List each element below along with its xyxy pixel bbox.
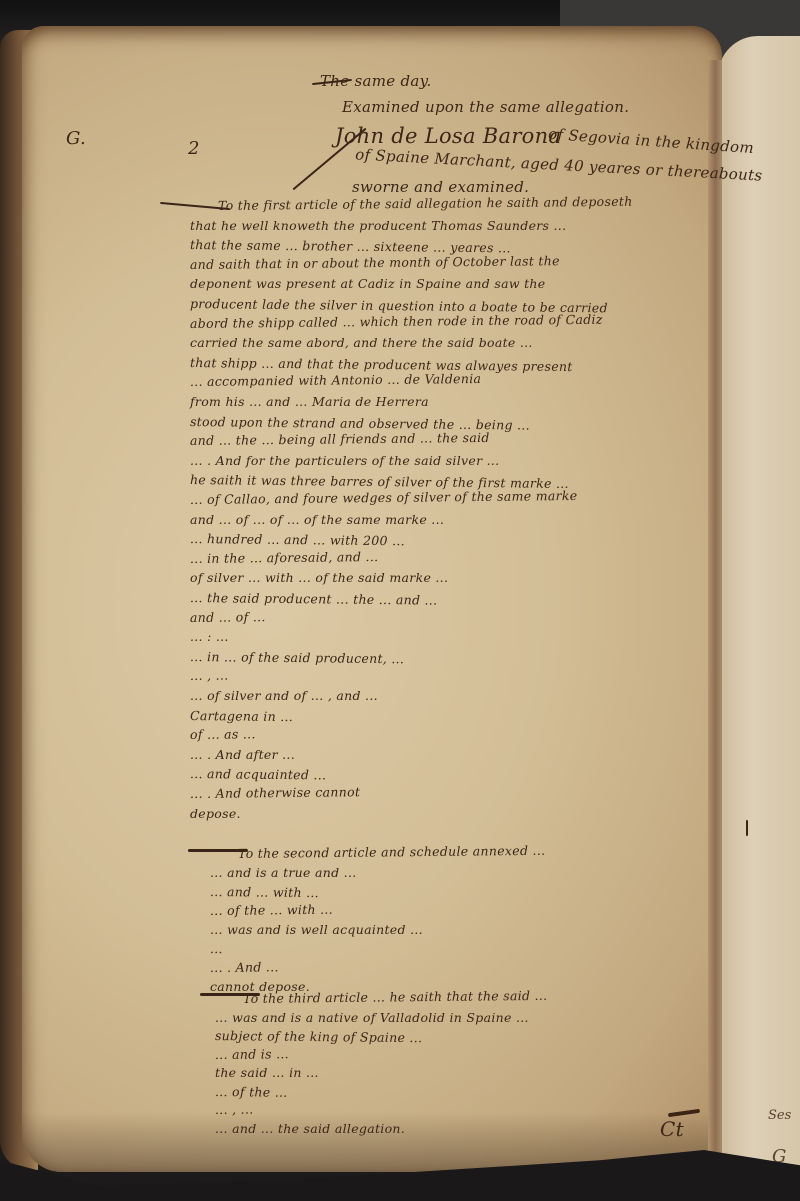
manuscript-line: ... of the ... (215, 1086, 288, 1099)
sworn-line: sworne and examined. (352, 178, 529, 196)
manuscript-line: ... the said producent ... the ... and .… (190, 592, 438, 607)
manuscript-line: ... , ... (215, 1104, 254, 1117)
manuscript-line: ... in ... of the said producent, ... (190, 651, 404, 666)
witness-number: 2 (188, 138, 200, 159)
manuscript-line: of silver ... with ... of the said marke… (190, 572, 448, 585)
margin-mark: G. (66, 128, 86, 149)
date-line: The same day. (320, 72, 432, 90)
end-mark: Ct (660, 1117, 684, 1141)
examined-line: Examined upon the same allegation. (342, 98, 629, 116)
manuscript-line: ... and ... with ... (210, 886, 319, 900)
deponent-name: John de Losa Barona (335, 124, 561, 148)
page-gutter (708, 60, 722, 1170)
manuscript-line: ... : ... (190, 631, 229, 644)
facing-page-fragment: Ses (768, 1108, 791, 1123)
manuscript-line: ... in the ... aforesaid, and ... (190, 551, 378, 565)
manuscript-line: ... of silver and of ... , and ... (190, 690, 378, 703)
manuscript-line: deponent was present at Cadiz in Spaine … (190, 278, 545, 291)
manuscript-line: ... of the ... with ... (210, 904, 333, 918)
manuscript-line: ... hundred ... and ... with 200 ... (190, 533, 405, 548)
manuscript-line: the said ... in ... (215, 1067, 319, 1080)
manuscript-line: ... . And for the particulers of the sai… (190, 455, 499, 468)
right-margin-tick (746, 820, 748, 836)
manuscript-line: ... and is a true and ... (210, 867, 357, 880)
manuscript-line: ... , ... (190, 670, 229, 683)
manuscript-line: from his ... and ... Maria de Herrera (190, 396, 429, 409)
manuscript-line: subject of the king of Spaine ... (215, 1030, 422, 1045)
manuscript-line: and ... the ... being all friends and ..… (190, 432, 490, 448)
manuscript-line: ... and is ... (215, 1048, 289, 1061)
manuscript-line: carried the same abord, and there the sa… (190, 337, 533, 350)
manuscript-line: and ... of ... (190, 611, 266, 624)
manuscript-line: To the third article ... he saith that t… (243, 990, 548, 1006)
facing-page: Ses G (718, 36, 800, 1201)
manuscript-line: and ... of ... of ... of the same marke … (190, 514, 444, 527)
manuscript-line: ... . And after ... (190, 749, 295, 762)
manuscript-line: Cartagena in ... (190, 710, 293, 724)
manuscript-line: ... was and is well acquainted ... (210, 924, 423, 937)
manuscript-line: ... . And otherwise cannot (190, 786, 360, 800)
manuscript-line: depose. (190, 808, 241, 821)
manuscript-line: that he well knoweth the producent Thoma… (190, 220, 566, 233)
manuscript-line: of ... as ... (190, 729, 256, 742)
manuscript-line: To the second article and schedule annex… (238, 845, 545, 861)
manuscript-line: ... and ... the said allegation. (215, 1123, 405, 1136)
manuscript-line: ... . And ... (210, 961, 279, 974)
manuscript-line: ... (210, 943, 223, 956)
manuscript-line: ... and acquainted ... (190, 768, 326, 782)
manuscript-line: ... was and is a native of Valladolid in… (215, 1012, 529, 1025)
